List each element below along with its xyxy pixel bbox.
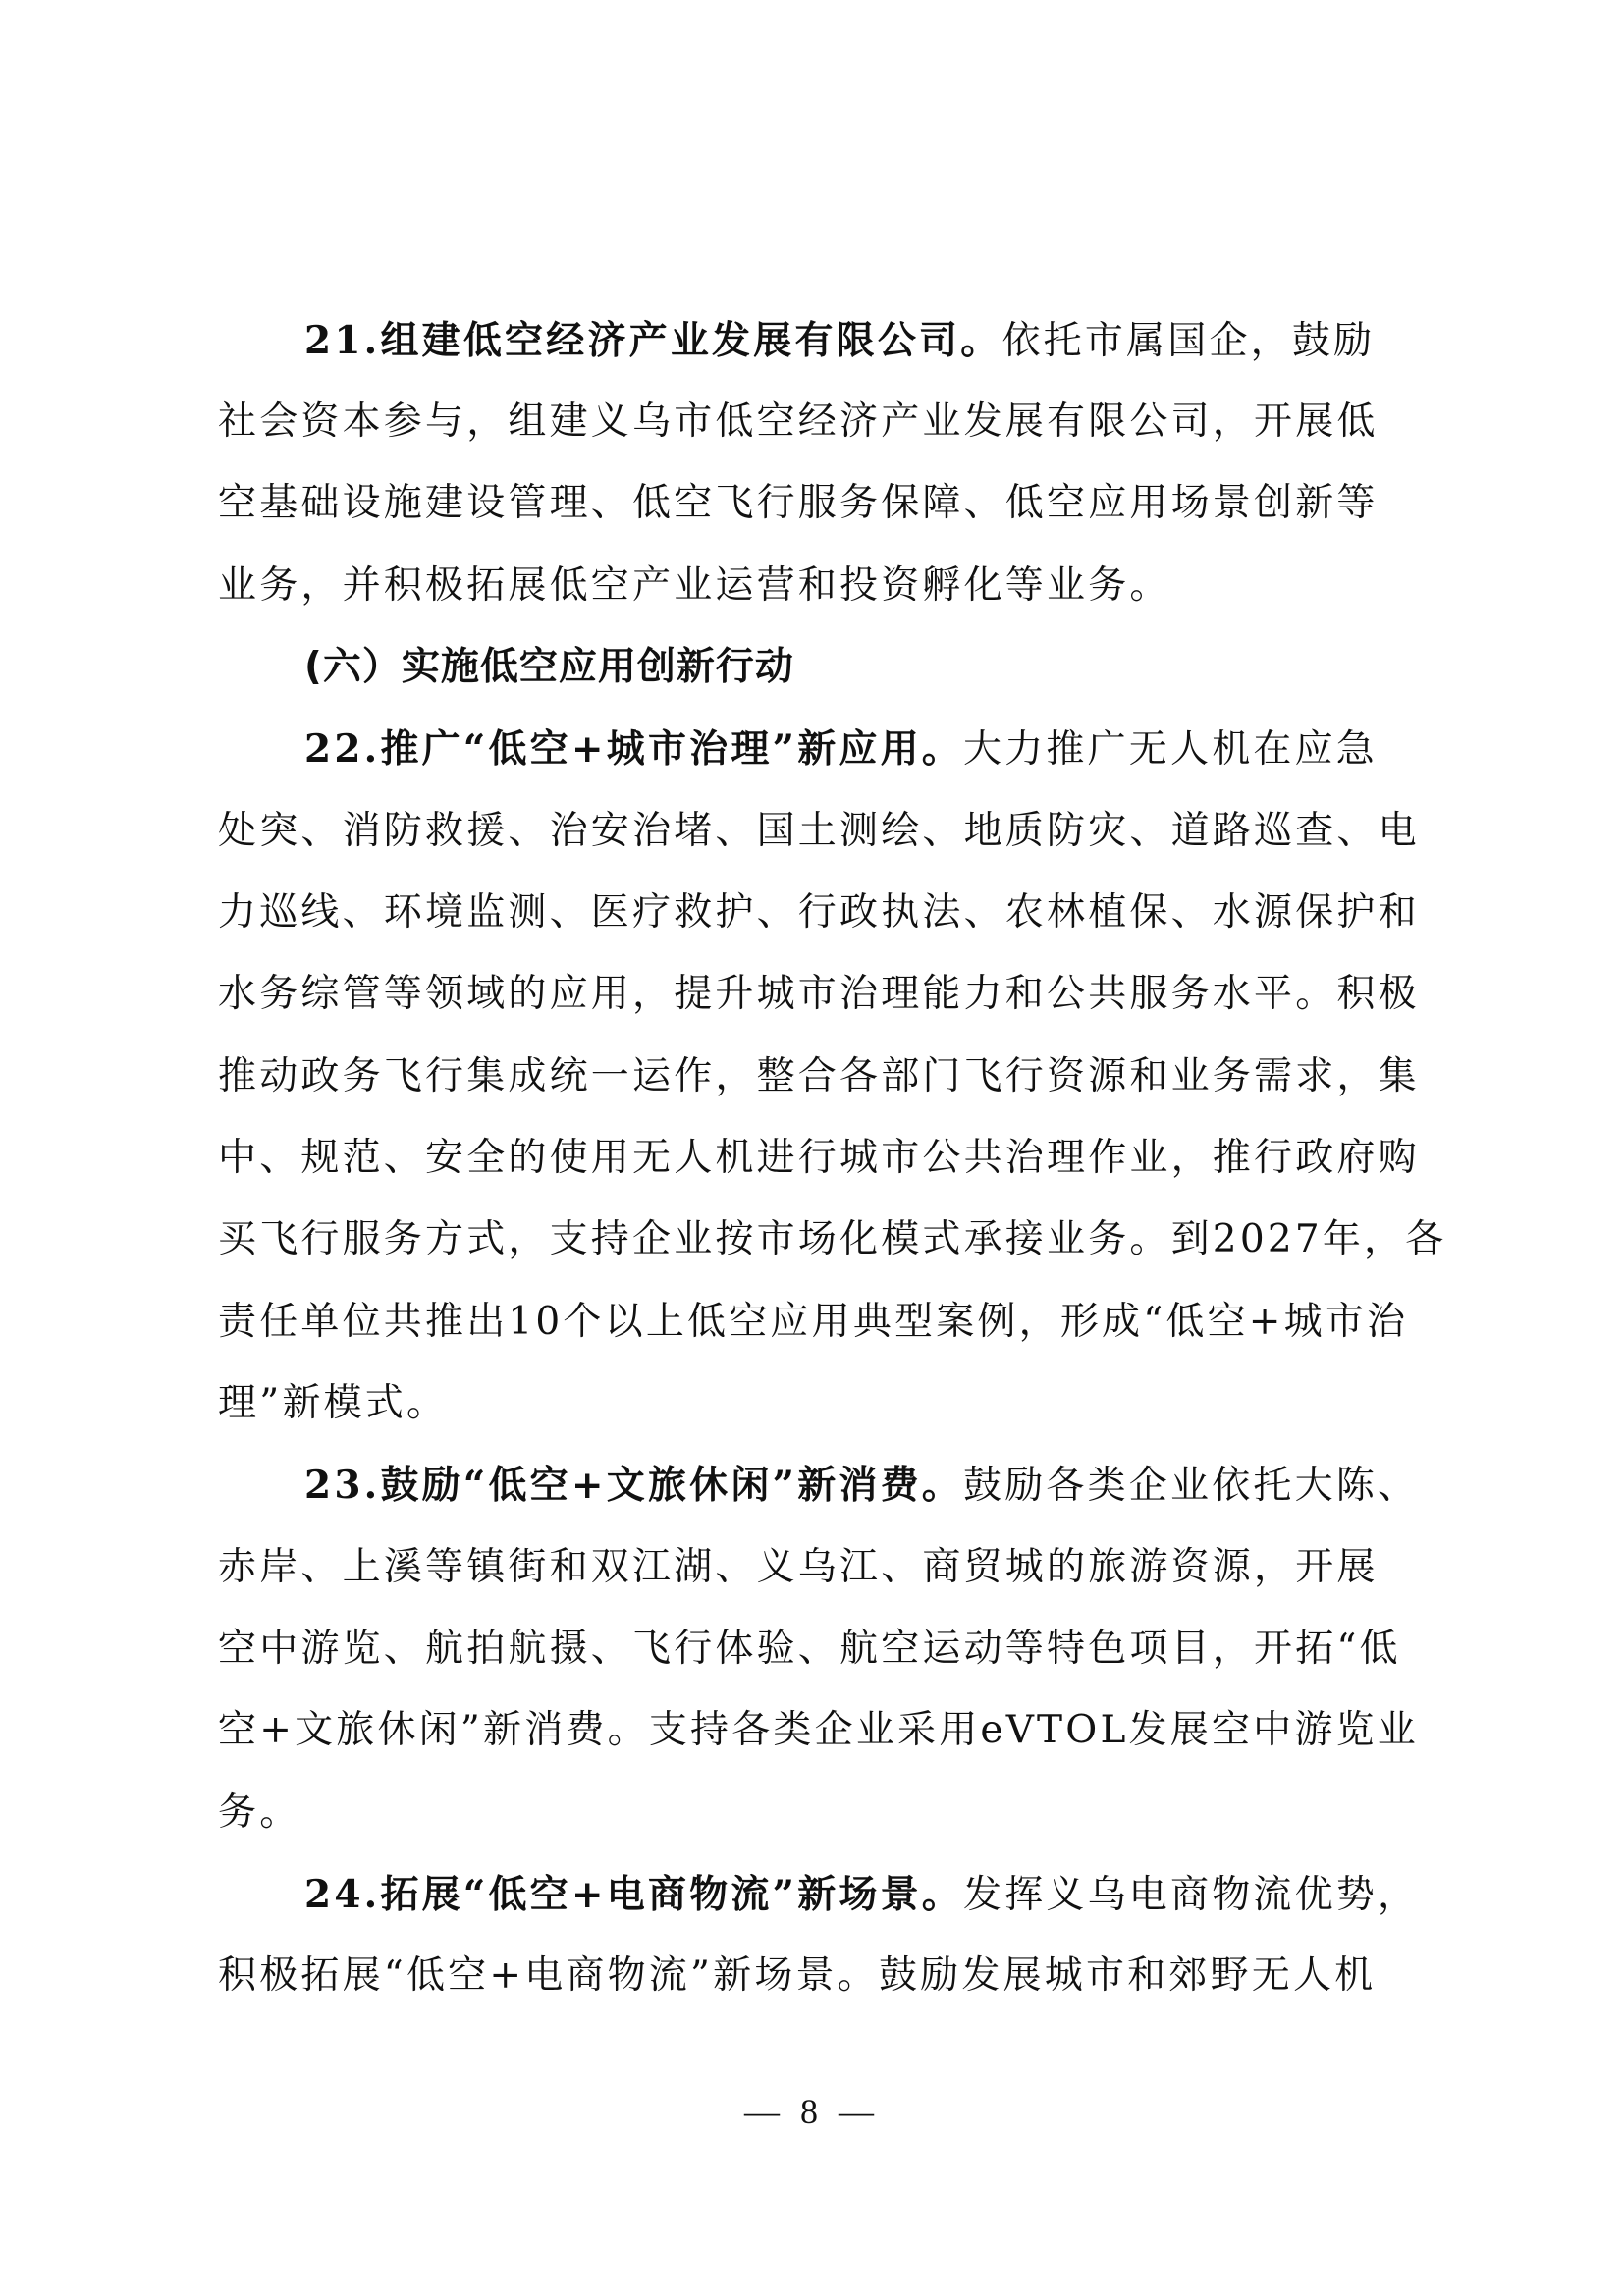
item23-text: 鼓励各类企业依托大陈、 — [963, 1464, 1419, 1508]
item22-line7: 买飞行服务方式，支持企业按市场化模式承接业务。到2027年，各 — [218, 1199, 1420, 1281]
item21-line3: 空基础设施建设管理、低空飞行服务保障、低空应用场景创新等 — [218, 462, 1420, 545]
page-number: — 8 — — [0, 2091, 1624, 2132]
item23-title: 23.鼓励“低空+文旅休闲”新消费。 — [304, 1463, 963, 1508]
item21-line2: 社会资本参与，组建义乌市低空经济产业发展有限公司，开展低 — [218, 381, 1420, 463]
item24-title: 24.拓展“低空+电商物流”新场景。 — [304, 1872, 963, 1917]
item24-line1: 24.拓展“低空+电商物流”新场景。发挥义乌电商物流优势， — [218, 1853, 1420, 1936]
item22-line1: 22.推广“低空+城市治理”新应用。大力推广无人机在应急 — [218, 708, 1420, 790]
item23-line1: 23.鼓励“低空+文旅休闲”新消费。鼓励各类企业依托大陈、 — [218, 1444, 1420, 1526]
item21-line1: 21.组建低空经济产业发展有限公司。依托市属国企，鼓励 — [218, 299, 1420, 382]
item24-line2: 积极拓展“低空+电商物流”新场景。鼓励发展城市和郊野无人机 — [218, 1935, 1420, 2017]
item22-line9: 理”新模式。 — [218, 1362, 1420, 1445]
item23-line5: 务。 — [218, 1772, 1420, 1854]
item22-line4: 水务综管等领域的应用，提升城市治理能力和公共服务水平。积极 — [218, 953, 1420, 1036]
item22-line3: 力巡线、环境监测、医疗救护、行政执法、农林植保、水源保护和 — [218, 872, 1420, 954]
item22-line6: 中、规范、安全的使用无人机进行城市公共治理作业，推行政府购 — [218, 1117, 1420, 1200]
item22-line8: 责任单位共推出10个以上低空应用典型案例，形成“低空+城市治 — [218, 1281, 1420, 1363]
item24-text: 发挥义乌电商物流优势， — [963, 1873, 1419, 1917]
item22-line2: 处突、消防救援、治安治堵、国土测绘、地质防灾、道路巡查、电 — [218, 790, 1420, 873]
item23-line3: 空中游览、航拍航摄、飞行体验、航空运动等特色项目，开拓“低 — [218, 1608, 1420, 1690]
item21-title: 21.组建低空经济产业发展有限公司。 — [304, 318, 1001, 363]
item22-text: 大力推广无人机在应急 — [963, 727, 1378, 772]
item23-line4: 空+文旅休闲”新消费。支持各类企业采用eVTOL发展空中游览业 — [218, 1689, 1420, 1772]
item23-line2: 赤岸、上溪等镇街和双江湖、义乌江、商贸城的旅游资源，开展 — [218, 1526, 1420, 1609]
section-heading-6: (六）实施低空应用创新行动 — [218, 626, 1420, 709]
item22-title: 22.推广“低空+城市治理”新应用。 — [304, 726, 963, 772]
item21-line4: 业务，并积极拓展低空产业运营和投资孵化等业务。 — [218, 545, 1420, 627]
item22-line5: 推动政务飞行集成统一运作，整合各部门飞行资源和业务需求，集 — [218, 1036, 1420, 1118]
item21-text: 依托市属国企，鼓励 — [1001, 319, 1375, 363]
